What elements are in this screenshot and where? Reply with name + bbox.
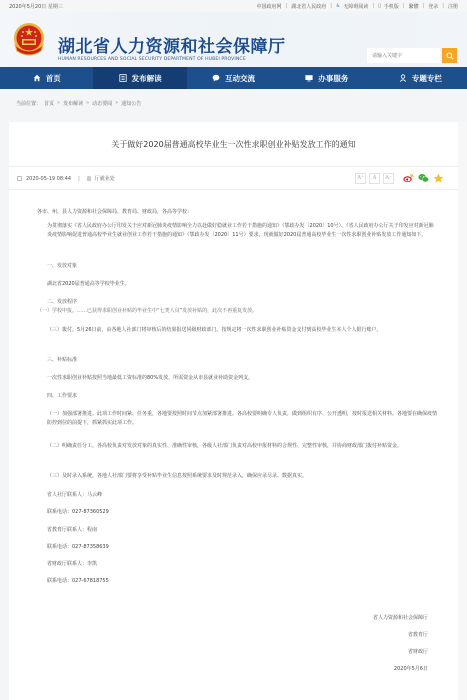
contact-line: 省教育厅联系人：程南 [37, 526, 437, 535]
site-title: 湖北省人力资源和社会保障厅 [58, 32, 286, 57]
article-source: 厅就业处 [95, 175, 115, 182]
main-nav: 首页 发布解读 互动交流 办事服务 专题专栏 [0, 67, 467, 89]
paragraph: （二）明确责任分工。各高校负责对发放对象的真实性、准确性审核，各级人社部门负责对… [37, 442, 437, 451]
monitor-icon [305, 74, 313, 82]
link-gov-cn[interactable]: 中国政府网 [257, 3, 282, 10]
nav-item-interaction[interactable]: 互动交流 [187, 67, 280, 89]
contact-line: 省人社厅联系人：马云峰 [37, 491, 437, 500]
site-header: 湖北省人力资源和社会保障厅 HUMAN RESOURCES AND SOCIAL… [0, 12, 467, 67]
top-utility-bar: 2020年5月20日 星期三 中国政府网 | 湖北省人民政府 | ♿ 无障碍阅读… [0, 0, 467, 12]
document-icon [119, 74, 127, 82]
paragraph-intro: 为贯彻落实《省人民政府办公厅印发关于应对新冠肺炎疫情影响全力以赴做好稳就业工作若… [37, 222, 437, 240]
site-subtitle: HUMAN RESOURCES AND SOCIAL SECURITY DEPA… [58, 57, 246, 62]
chat-icon [212, 74, 220, 82]
signature-date: 2020年5月6日 [394, 665, 428, 672]
link-login[interactable]: 登录 [428, 3, 438, 10]
breadcrumb-notices[interactable]: 通知公告 [121, 100, 141, 107]
wechat-icon [418, 173, 429, 183]
breadcrumb-prefix: 当前位置： [16, 100, 41, 107]
link-accessibility[interactable]: 无障碍阅读 [343, 3, 368, 10]
search-icon [446, 52, 454, 60]
paragraph: 湖北省2020届普通高等学校毕业生。 [37, 280, 437, 289]
breadcrumb-separator: » [57, 100, 60, 107]
contact-line: 联系电话：027-87358639 [37, 543, 437, 552]
share-weibo-button[interactable] [402, 172, 414, 184]
search-button[interactable] [442, 48, 457, 63]
search-input[interactable] [367, 48, 440, 63]
publish-date: 2020-05-19 08:44 [26, 176, 71, 182]
divider: | [330, 3, 332, 9]
nav-label: 办事服务 [318, 73, 348, 84]
signature-hrss: 省人力资源和社会保障厅 [373, 614, 428, 621]
paragraph: 一次性求职创业补贴按照当地最低工资标准的80%发放，所需资金从市县就业补助资金列… [37, 374, 437, 383]
nav-item-publish[interactable]: 发布解读 [93, 67, 186, 89]
section-heading: 二、发放程序 [37, 298, 437, 307]
nav-label: 专题专栏 [412, 73, 442, 84]
article-card: 关于做好2020届普通高校毕业生一次性求职创业补贴发放工作的通知 2020-05… [9, 122, 458, 700]
font-size-small-button[interactable]: A⁻ [383, 173, 394, 184]
top-links: 中国政府网 | 湖北省人民政府 | ♿ 无障碍阅读 | ▯ 手机版 | 繁體 |… [257, 3, 458, 10]
national-emblem-icon [11, 21, 47, 59]
paragraph: （一）学校申报。……已获得求职创业补贴的毕业生中“七类人员”发放补贴的，此次不再… [37, 307, 437, 316]
breadcrumb-news[interactable]: 动态要闻 [92, 100, 112, 107]
font-size-medium-button[interactable]: A [369, 173, 380, 184]
scrollbar[interactable] [458, 122, 467, 700]
section-heading: 四、工作要求 [37, 392, 437, 401]
breadcrumb-separator: » [115, 100, 118, 107]
nav-label: 首页 [46, 73, 61, 84]
article-title: 关于做好2020届普通高校毕业生一次性求职创业补贴发放工作的通知 [9, 139, 458, 150]
divider: | [442, 3, 444, 9]
divider: | [286, 3, 288, 9]
nav-item-topics[interactable]: 专题专栏 [374, 67, 467, 89]
contact-line: 联系电话：027-87360529 [37, 508, 437, 517]
user-icon [399, 74, 407, 82]
article-meta: 2020-05-19 08:44 | 厅就业处 A⁺ A A⁻ [9, 166, 458, 190]
breadcrumb-home[interactable]: 首页 [44, 100, 54, 107]
link-traditional[interactable]: 繁體 [409, 3, 419, 10]
divider: | [372, 3, 374, 9]
share-wechat-button[interactable] [417, 172, 429, 184]
favorite-button[interactable] [432, 172, 444, 184]
source-icon [87, 176, 91, 181]
paragraph: （三）及时录入系统。各地人社部门要将享受补贴毕业生信息按照系统要求及时规范录入，… [37, 472, 437, 481]
nav-label: 发布解读 [132, 73, 162, 84]
nav-label: 互动交流 [225, 73, 255, 84]
breadcrumb: 当前位置： 首页 » 发布解读 » 动态要闻 » 通知公告 [16, 100, 141, 107]
contact-line: 联系电话：027-67818755 [37, 577, 437, 586]
divider: | [403, 3, 405, 9]
signature-education: 省教育厅 [408, 631, 428, 638]
link-mobile[interactable]: 手机版 [384, 3, 399, 10]
accessibility-icon: ♿ [336, 3, 340, 9]
current-date: 2020年5月20日 星期三 [9, 3, 63, 10]
divider: | [423, 3, 425, 9]
link-hubei-gov[interactable]: 湖北省人民政府 [291, 3, 326, 10]
mobile-icon: ▯ [378, 3, 381, 9]
star-icon [433, 173, 444, 184]
font-size-large-button[interactable]: A⁺ [355, 173, 366, 184]
paragraph: （一）加强部署推进。此项工作时间紧、任务重，各地要按照时间节点加紧部署推进。各高… [37, 410, 437, 428]
breadcrumb-separator: » [86, 100, 89, 107]
divider: | [78, 176, 80, 182]
paragraph: （三）拨付。5月26日前，由各地人社部门将审核后的结果报送同级财政部门。按规定将… [37, 326, 437, 335]
nav-item-home[interactable]: 首页 [0, 67, 93, 89]
salutation: 各市、州、县人力资源和社会保障局、教育局、财政局，各高等学校： [37, 208, 437, 217]
signature-finance: 省财政厅 [408, 648, 428, 655]
home-icon [33, 74, 41, 82]
section-heading: 一、发放对象 [37, 262, 437, 271]
nav-item-services[interactable]: 办事服务 [280, 67, 373, 89]
section-heading: 三、补贴标准 [37, 356, 437, 365]
contact-line: 省财政厅联系人：李凯 [37, 560, 437, 569]
weibo-icon [403, 173, 414, 183]
link-register[interactable]: 注册 [448, 3, 458, 10]
clock-icon [17, 176, 22, 181]
breadcrumb-publish[interactable]: 发布解读 [63, 100, 83, 107]
